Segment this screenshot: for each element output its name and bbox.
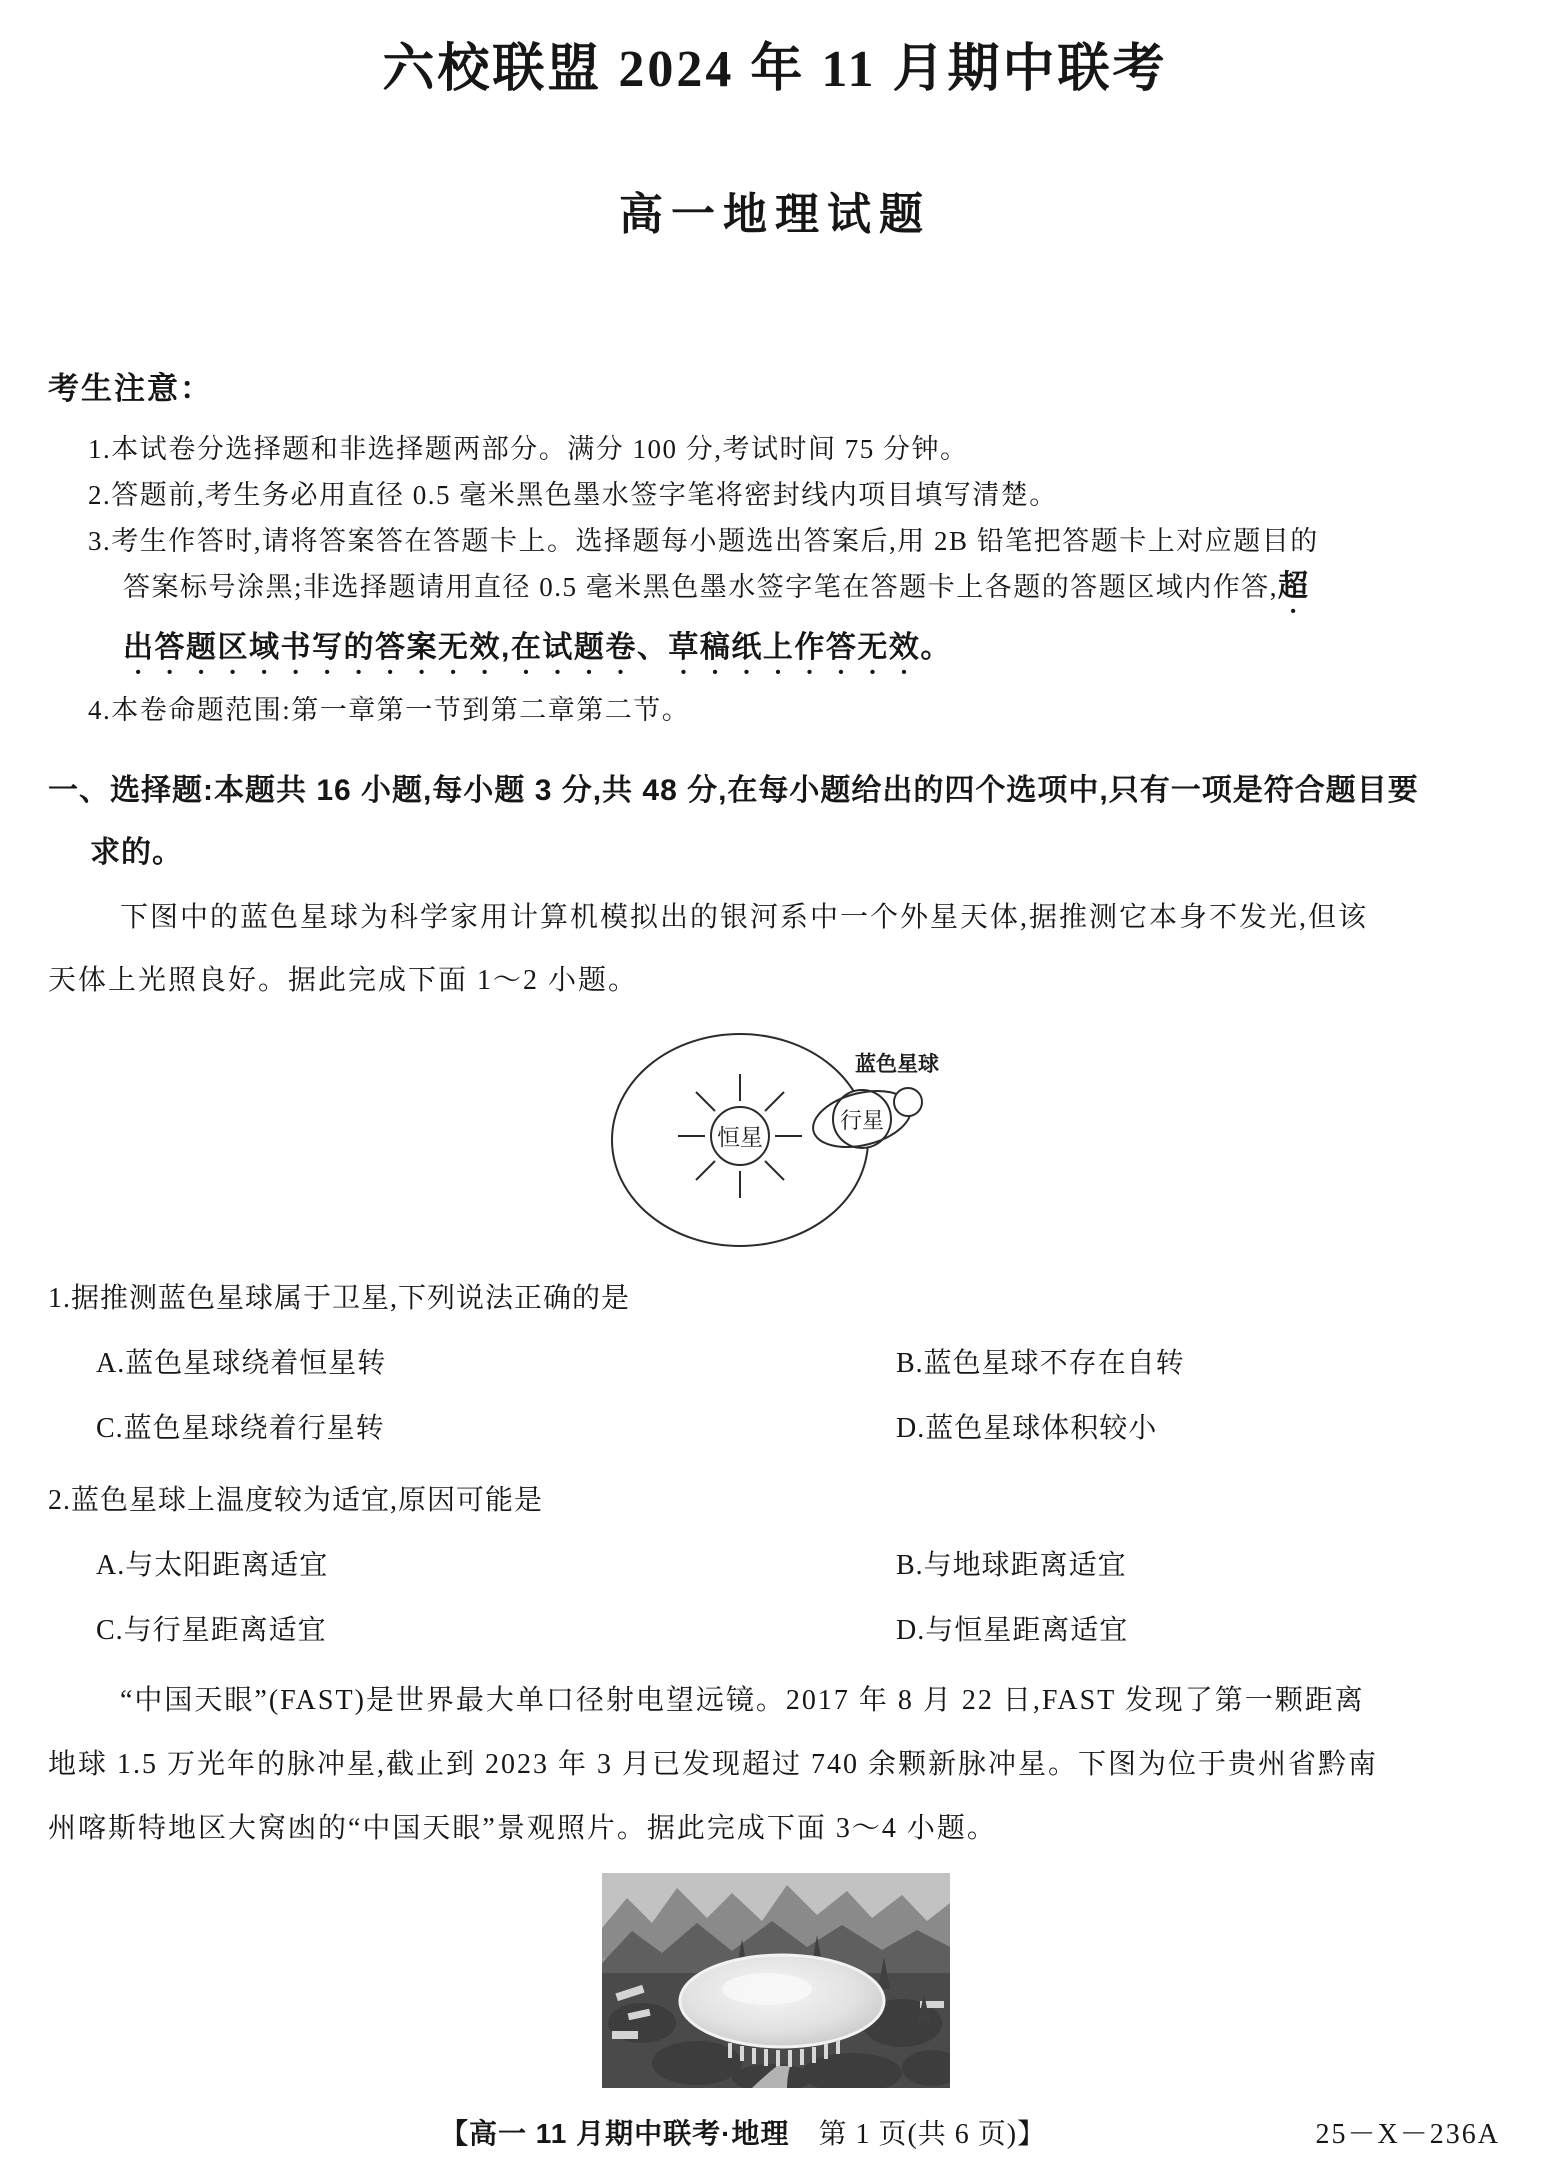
question-2-option-b: B.与地球距离适宜 <box>896 1533 1502 1598</box>
question-1-options: A.蓝色星球绕着恒星转 B.蓝色星球不存在自转 C.蓝色星球绕着行星转 D.蓝色… <box>48 1331 1502 1461</box>
exam-page: 六校联盟 2024 年 11 月期中联考 高一地理试题 考生注意： 1.本试卷分… <box>0 0 1550 2173</box>
question-2-option-a: A.与太阳距离适宜 <box>96 1533 896 1598</box>
intro-paragraph-2: “中国天眼”(FAST)是世界最大单口径射电望远镜。2017 年 8 月 22 … <box>48 1669 1502 1861</box>
dish-highlight <box>722 1973 812 2005</box>
question-1: 1.据推测蓝色星球属于卫星,下列说法正确的是 A.蓝色星球绕着恒星转 B.蓝色星… <box>48 1266 1502 1461</box>
notice-heading: 考生注意： <box>48 372 1502 406</box>
footer-paper-code: 25－X－236A <box>1316 2112 1500 2152</box>
intro-2-line3: 州喀斯特地区大窝凼的“中国天眼”景观照片。据此完成下面 3～4 小题。 <box>48 1797 1502 1861</box>
intro-1-line1: 下图中的蓝色星球为科学家用计算机模拟出的银河系中一个外星天体,据推测它本身不发光… <box>48 886 1502 949</box>
question-2-option-c: C.与行星距离适宜 <box>96 1598 896 1663</box>
section-1-header: 一、选择题:本题共 16 小题,每小题 3 分,共 48 分,在每小题给出的四个… <box>48 760 1502 884</box>
notice-item-1: 1.本试卷分选择题和非选择题两部分。满分 100 分,考试时间 75 分钟。 <box>48 426 1502 472</box>
star-label: 恒星 <box>717 1125 763 1150</box>
question-1-option-c: C.蓝色星球绕着行星转 <box>96 1396 896 1461</box>
blue-planet-label: 蓝色星球 <box>855 1052 939 1076</box>
question-1-stem: 1.据推测蓝色星球属于卫星,下列说法正确的是 <box>48 1266 1502 1331</box>
notice-item-3-line2: 答案标号涂黑;非选择题请用直径 0.5 毫米黑色墨水签字笔在答题卡上各题的答题区… <box>48 564 1502 620</box>
question-2-option-d: D.与恒星距离适宜 <box>896 1598 1502 1663</box>
footer-exam-name: 【高一 11 月期中联考·地理 <box>440 2118 789 2149</box>
orbit-diagram-svg: 恒星 行星 蓝色星球 <box>590 1025 1010 1260</box>
notice-section: 考生注意： 1.本试卷分选择题和非选择题两部分。满分 100 分,考试时间 75… <box>48 372 1502 733</box>
footer-page-number: 第 1 页(共 6 页)】 <box>789 2119 1046 2150</box>
notice-item-4: 4.本卷命题范围:第一章第一节到第二章第二节。 <box>48 687 1502 733</box>
intro-2-line1: “中国天眼”(FAST)是世界最大单口径射电望远镜。2017 年 8 月 22 … <box>48 1669 1502 1733</box>
question-2: 2.蓝色星球上温度较为适宜,原因可能是 A.与太阳距离适宜 B.与地球距离适宜 … <box>48 1468 1502 1663</box>
blue-planet-circle <box>894 1088 922 1116</box>
notice-emphasis-char: 超 <box>1278 570 1310 603</box>
notice-emphasis-line: 出答题区域书写的答案无效,在试题卷、草稿纸上作答无效。 <box>123 631 952 664</box>
section-1-header-line1: 一、选择题:本题共 16 小题,每小题 3 分,共 48 分,在每小题给出的四个… <box>48 760 1502 822</box>
notice-item-3-line1: 3.考生作答时,请将答案答在答题卡上。选择题每小题选出答案后,用 2B 铅笔把答… <box>48 518 1502 564</box>
intro-1-line2: 天体上光照良好。据此完成下面 1～2 小题。 <box>48 949 1502 1012</box>
section-1-header-line2: 求的。 <box>48 822 1502 884</box>
fast-telescope-photo <box>602 1873 950 2088</box>
footer-left: 【高一 11 月期中联考·地理 第 1 页(共 6 页)】 <box>48 2119 1046 2150</box>
planet-label: 行星 <box>840 1108 884 1133</box>
exam-subtitle: 高一地理试题 <box>0 178 1550 242</box>
orbit-diagram: 恒星 行星 蓝色星球 <box>590 1025 1010 1260</box>
exam-title: 六校联盟 2024 年 11 月期中联考 <box>0 26 1550 101</box>
notice-item-3-line3: 出答题区域书写的答案无效,在试题卷、草稿纸上作答无效。 <box>48 620 1502 681</box>
fast-telescope-photo-svg <box>602 1873 950 2088</box>
page-footer: 【高一 11 月期中联考·地理 第 1 页(共 6 页)】 25－X－236A <box>48 2112 1502 2152</box>
question-1-option-d: D.蓝色星球体积较小 <box>896 1396 1502 1461</box>
question-1-option-b: B.蓝色星球不存在自转 <box>896 1331 1502 1396</box>
notice-item-3-line2-text: 答案标号涂黑;非选择题请用直径 0.5 毫米黑色墨水签字笔在答题卡上各题的答题区… <box>123 572 1278 602</box>
intro-paragraph-1: 下图中的蓝色星球为科学家用计算机模拟出的银河系中一个外星天体,据推测它本身不发光… <box>48 886 1502 1012</box>
question-2-options: A.与太阳距离适宜 B.与地球距离适宜 C.与行星距离适宜 D.与恒星距离适宜 <box>48 1533 1502 1663</box>
question-1-option-a: A.蓝色星球绕着恒星转 <box>96 1331 896 1396</box>
notice-item-2: 2.答题前,考生务必用直径 0.5 毫米黑色墨水签字笔将密封线内项目填写清楚。 <box>48 472 1502 518</box>
intro-2-line2: 地球 1.5 万光年的脉冲星,截止到 2023 年 3 月已发现超过 740 余… <box>48 1733 1502 1797</box>
question-2-stem: 2.蓝色星球上温度较为适宜,原因可能是 <box>48 1468 1502 1533</box>
